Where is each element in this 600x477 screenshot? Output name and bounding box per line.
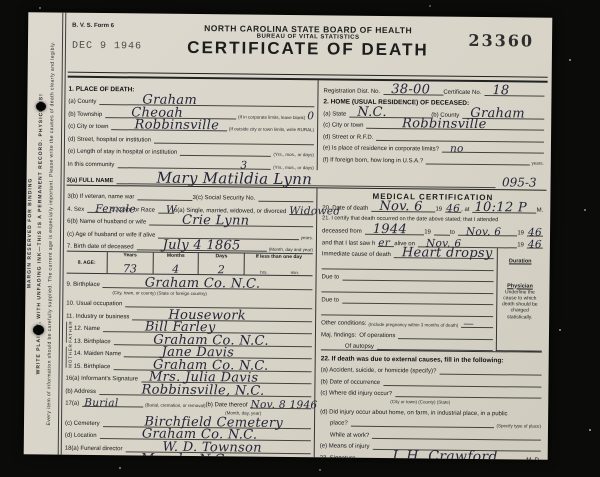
sex-line: Female <box>87 202 111 212</box>
personal-statistical-section: 3(b) If veteran, name war 3(c) Social Se… <box>63 185 316 460</box>
death-date-line: Nov. 6 <box>371 202 435 213</box>
father-group: FATHER 12. Name Bill Farley 13. Birthpla… <box>66 319 312 347</box>
alive-year-value: 46 <box>528 238 542 250</box>
certificate-form: B. V. S. Form 6 DEC 9 1946 23360 NORTH C… <box>64 15 549 458</box>
full-name-handwriting: Mary Matildia Lynn <box>156 168 312 188</box>
received-date-stamp: DEC 9 1946 <box>72 41 142 53</box>
duration-label: Duration <box>509 258 532 264</box>
certificate-paper: MARGIN RESERVED FOR BINDING WRITE PLAINL… <box>24 12 553 459</box>
father-side-label: FATHER <box>66 321 73 342</box>
attended-to-year-line: 46 <box>527 227 543 237</box>
birthdate-line: July 4 1865 <box>137 240 267 251</box>
death-year-line: 46 <box>445 203 461 213</box>
attended-from-year-line <box>434 226 450 236</box>
community-label: In this community <box>68 161 115 167</box>
age-days-value: 2 <box>202 265 241 274</box>
upper-columns: 1. PLACE OF DEATH: (a) County Graham (b)… <box>67 78 548 173</box>
medical-certification-section: MEDICAL CERTIFICATION 20. Date of death … <box>313 188 546 460</box>
margin-note-binding: MARGIN RESERVED FOR BINDING <box>25 20 35 446</box>
age-label: 8. AGE: <box>70 259 104 265</box>
age-hrs-label: hrs. <box>260 270 268 275</box>
full-name-line: Mary Matildia Lynn <box>116 174 496 188</box>
cause-of-death-block: Immediate cause of death Heart dropsy Du… <box>321 246 543 352</box>
attended-from-line: 1944 <box>365 225 425 236</box>
burial-method-line: Burial <box>82 397 143 408</box>
hole-punch-bottom <box>33 325 44 335</box>
funeral-address-row: (b) Address Murphy N.C. <box>65 451 311 460</box>
burial-date-line: Nov. 8 1946 <box>250 399 311 410</box>
duration-physician-box: Duration Physician Underline the cause t… <box>496 248 543 352</box>
age-days-label: Days <box>202 253 241 259</box>
alive-year-line: 46 <box>527 238 543 248</box>
age-table: 8. AGE: Years73 Months4 Days2 If less th… <box>67 251 313 277</box>
marital-line: Widowed <box>289 205 313 215</box>
certificate-no-line: 18 <box>484 86 544 97</box>
funeral-address-value: Murphy N.C. <box>141 451 229 459</box>
birthdate-label: 7. Birth date of deceased <box>67 244 134 251</box>
alive-year-prefix: 19 <box>517 242 524 248</box>
physician-note: Underline the cause to which death shoul… <box>499 289 540 321</box>
age-min-label: min. <box>291 270 300 275</box>
physician-signature-row: 23. Signature J. H. Crawford M. D. <box>320 449 541 459</box>
home-foreign-row: (f) If foreign born, how long in U.S.A.?… <box>323 151 544 165</box>
age-years-value: 73 <box>111 264 150 273</box>
last-saw-fill-line: er <box>378 236 394 246</box>
funeral-address-label: (b) Address <box>65 458 96 460</box>
lower-columns: 3(b) If veteran, name war 3(c) Social Se… <box>63 185 546 460</box>
home-foreign-note: years. <box>531 160 543 165</box>
mother-group: MOTHER 14. Maiden Name Jane Davis 15. Bi… <box>66 344 312 372</box>
margin-note-supplied: Every item of information should be care… <box>46 20 56 446</box>
place-of-death-section: 1. PLACE OF DEATH: (a) County Graham (b)… <box>67 78 318 170</box>
birthdate-value: July 4 1865 <box>163 238 241 254</box>
md-label: M. D. <box>526 457 540 460</box>
margin-note-plainly: WRITE PLAINLY, WITH UNFADING INK—THIS IS… <box>35 20 45 446</box>
certificate-header: B. V. S. Form 6 DEC 9 1946 23360 NORTH C… <box>68 15 549 75</box>
age-months-value: 4 <box>156 265 195 274</box>
physician-signature-label: 23. Signature <box>320 455 356 460</box>
file-code-handwriting: 095-3 <box>502 175 537 189</box>
ssn-line <box>258 192 313 203</box>
form-number: B. V. S. Form 6 <box>72 23 114 29</box>
attended-to-line: Nov. 6 <box>458 226 518 237</box>
full-name-label: 3(a) FULL NAME <box>67 177 114 183</box>
home-residence-section: Registration Dist. No. 38-00 Certificate… <box>317 80 548 172</box>
death-time-line: 10:12 P <box>472 203 536 214</box>
physician-signature-line: J. H. Crawford <box>358 451 526 459</box>
birthdate-row: 7. Birth date of deceased July 4 1865 (M… <box>67 237 313 252</box>
scanned-death-certificate: MARGIN RESERVED FOR BINDING WRITE PLAINL… <box>0 0 600 477</box>
registration-dist-line: 38-00 <box>383 84 443 95</box>
hole-punch-top <box>36 102 46 111</box>
physician-signature-value: J. H. Crawford <box>392 448 498 460</box>
birthdate-note: (Month, day and year) <box>269 247 313 252</box>
serial-number-stamp: 23360 <box>468 31 534 51</box>
funeral-address-line: Murphy N.C. <box>98 454 310 460</box>
mother-side-label: MOTHER <box>66 346 73 367</box>
other-conditions-line: — <box>461 318 493 328</box>
age-months-label: Months <box>156 253 195 259</box>
race-line: W <box>158 203 174 213</box>
home-foreign-line <box>426 154 529 165</box>
home-foreign-label: (f) If foreign born, how long in U.S.A.? <box>323 157 423 164</box>
age-years-label: Years <box>111 252 150 258</box>
age-less-than-day-label: If less than one day <box>248 254 310 261</box>
veteran-war-line <box>137 190 192 201</box>
